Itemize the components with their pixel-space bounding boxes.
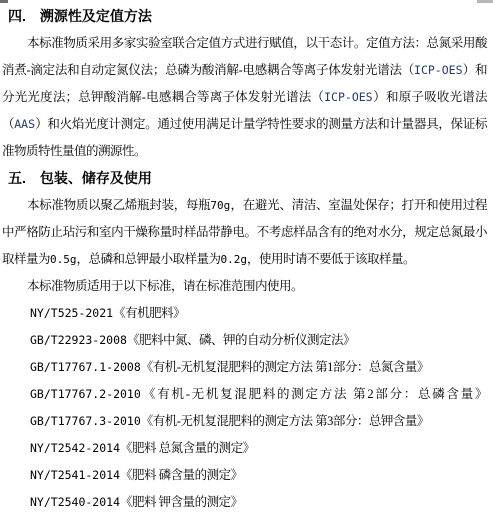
standard-code: GB/T17767.1-2008 — [30, 360, 141, 374]
standard-code: NY/T2541-2014 — [30, 468, 120, 482]
text-segment: ）和火焰光度计测定。通过使用满足计量学特性要求的测量方法和计量器具，保证标准物质… — [2, 117, 487, 158]
section-heading-traceability: 四.溯源性及定值方法 — [2, 3, 487, 30]
standard-item: NY/T525-2021《有机肥料》 — [30, 300, 487, 327]
standard-code: GB/T17767.2-2010 — [30, 387, 141, 401]
standard-code: NY/T525-2021 — [30, 306, 113, 320]
standard-name: 《肥料中氮、磷、钾的自动分析仪测定法》 — [127, 333, 355, 347]
standard-code: NY/T2540-2014 — [30, 495, 120, 509]
standard-name: 《有机-无机复混肥料的测定方法 第3部分：总钾含量》 — [141, 414, 429, 428]
standard-name: 《有机肥料》 — [113, 306, 185, 320]
standard-name: 《肥料 总氮含量的测定》 — [120, 441, 255, 455]
standard-code: GB/T22923-2008 — [30, 333, 127, 347]
section-title: 溯源性及定值方法 — [40, 8, 152, 24]
paragraph-valuation-methods: 本标准物质采用多家实验室联合定值方式进行赋值，以干态计。定值方法：总氮采用酸消煮… — [2, 30, 487, 165]
standards-list: NY/T525-2021《有机肥料》 GB/T22923-2008《肥料中氮、磷… — [2, 300, 487, 516]
standard-item: NY/T2540-2014《肥料 钾含量的测定》 — [30, 489, 487, 516]
section-heading-packaging: 五.包装、储存及使用 — [2, 165, 487, 192]
standard-name: 《有机-无机复混肥料的测定方法 第1部分：总氮含量》 — [141, 360, 429, 374]
standard-item: NY/T2542-2014《肥料 总氮含量的测定》 — [30, 435, 487, 462]
standard-code: NY/T2542-2014 — [30, 441, 120, 455]
text-segment: ，使用时请不要低于该取样量。 — [247, 252, 415, 266]
paragraph-packaging-storage: 本标准物质以聚乙烯瓶封装，每瓶70g，在避光、清洁、室温处保存；打开和使用过程中… — [2, 192, 487, 273]
text-segment: 本标准物质以聚乙烯瓶封装，每瓶 — [27, 198, 210, 212]
standard-item: GB/T17767.3-2010《有机-无机复混肥料的测定方法 第3部分：总钾含… — [30, 408, 487, 435]
screen-edge-artifact-left — [0, 0, 8, 3]
text-segment: ，总磷和总钾最小取样量为 — [77, 252, 221, 266]
screen-edge-artifact-right — [477, 0, 493, 3]
section-number: 四. — [8, 8, 26, 24]
standard-name: 《有机-无机复混肥料的测定方法 第2部分：总磷含量》 — [141, 387, 487, 401]
standard-item: GB/T17767.1-2008《有机-无机复混肥料的测定方法 第1部分：总氮含… — [30, 354, 487, 381]
standard-item: GB/T17767.2-2010《有机-无机复混肥料的测定方法 第2部分：总磷含… — [30, 381, 487, 408]
standard-item: GB/T22923-2008《肥料中氮、磷、钾的自动分析仪测定法》 — [30, 327, 487, 354]
method-code-icp-oes: ICP-OES — [324, 90, 372, 104]
standard-name: 《肥料 钾含量的测定》 — [120, 495, 243, 509]
method-code-aas: AAS — [14, 117, 35, 131]
method-code-icp-oes: ICP-OES — [414, 63, 462, 77]
standard-item: NY/T2541-2014《肥料 磷含量的测定》 — [30, 462, 487, 489]
document-page: 四.溯源性及定值方法 本标准物质采用多家实验室联合定值方式进行赋值，以干态计。定… — [0, 0, 493, 517]
standard-name: 《肥料 磷含量的测定》 — [120, 468, 243, 482]
paragraph-applicable-standards-intro: 本标准物质适用于以下标准，请在标准范围内使用。 — [2, 273, 487, 300]
min-sample-nitrogen-value: 0.5g — [50, 253, 77, 266]
section-number: 五. — [8, 170, 26, 186]
bottle-weight-value: 70g — [210, 199, 230, 212]
min-sample-pk-value: 0.2g — [221, 253, 248, 266]
section-title: 包装、储存及使用 — [40, 170, 152, 186]
standard-code: GB/T17767.3-2010 — [30, 414, 141, 428]
